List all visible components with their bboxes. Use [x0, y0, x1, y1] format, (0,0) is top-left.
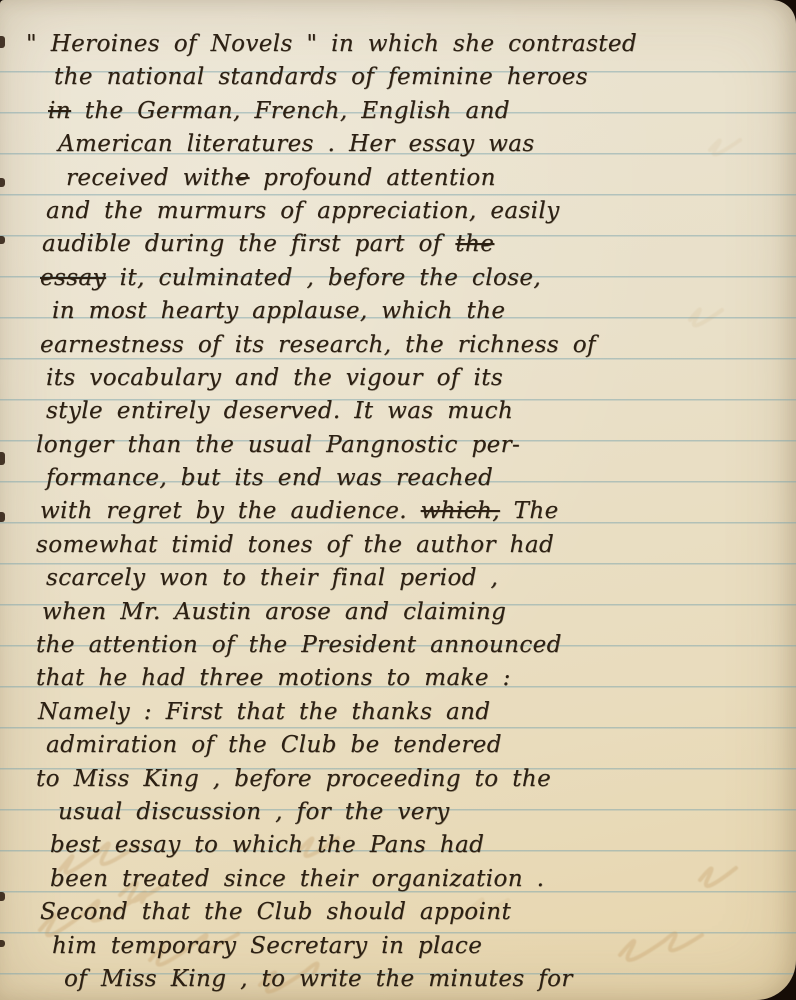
- handwritten-text: formance, but its end was reached: [46, 465, 493, 491]
- manuscript-line: received withe profound attention: [0, 162, 790, 195]
- handwritten-text: American literatures . Her essay was: [58, 131, 535, 157]
- manuscript-line: usual discussion , for the very: [0, 796, 790, 829]
- manuscript-line: earnestness of its research, the richnes…: [0, 329, 790, 362]
- struck-through-text: e: [235, 165, 249, 191]
- manuscript-line: him temporary Secretary in place: [0, 930, 790, 963]
- manuscript-line: best essay to which the Pans had: [0, 829, 790, 862]
- handwritten-text: earnestness of its research, the richnes…: [40, 332, 596, 358]
- handwritten-text: The: [500, 498, 559, 524]
- handwritten-text: profound attention: [249, 165, 495, 191]
- handwritten-text: the attention of the President announced: [36, 632, 562, 658]
- manuscript-line: that he had three motions to make :: [0, 662, 790, 695]
- manuscript-line: style entirely deserved. It was much: [0, 395, 790, 428]
- handwritten-text: best essay to which the Pans had: [50, 832, 484, 858]
- manuscript-line: when Mr. Austin arose and claiming: [0, 596, 790, 629]
- handwritten-text: somewhat timid tones of the author had: [36, 532, 554, 558]
- manuscript-lines: " Heroines of Novels " in which she cont…: [0, 28, 790, 996]
- handwritten-text: longer than the usual Pangnostic per-: [36, 432, 520, 458]
- handwritten-text: been treated since their organization .: [50, 866, 544, 892]
- manuscript-line: with regret by the audience. which, The: [0, 495, 790, 528]
- handwritten-text: of Miss King , to write the minutes for: [64, 966, 573, 992]
- manuscript-line: formance, but its end was reached: [0, 462, 790, 495]
- manuscript-line: and the murmurs of appreciation, easily: [0, 195, 790, 228]
- manuscript-line: in most hearty applause, which the: [0, 295, 790, 328]
- manuscript-line: the national standards of feminine heroe…: [0, 61, 790, 94]
- struck-through-text: the: [455, 231, 494, 257]
- handwritten-text: Second that the Club should appoint: [40, 899, 511, 925]
- struck-through-text: essay: [40, 265, 106, 291]
- handwritten-text: style entirely deserved. It was much: [46, 398, 513, 424]
- handwritten-text: " Heroines of Novels " in which she cont…: [26, 31, 637, 57]
- manuscript-line: been treated since their organization .: [0, 863, 790, 896]
- handwritten-text: him temporary Secretary in place: [52, 933, 482, 959]
- handwritten-text: its vocabulary and the vigour of its: [46, 365, 503, 391]
- manuscript-line: somewhat timid tones of the author had: [0, 529, 790, 562]
- struck-through-text: in: [48, 98, 71, 124]
- manuscript-line: scarcely won to their final period ,: [0, 562, 790, 595]
- handwritten-text: usual discussion , for the very: [58, 799, 450, 825]
- manuscript-line: admiration of the Club be tendered: [0, 729, 790, 762]
- handwritten-text: with regret by the audience.: [40, 498, 421, 524]
- manuscript-line: in the German, French, English and: [0, 95, 790, 128]
- manuscript-line: Second that the Club should appoint: [0, 896, 790, 929]
- manuscript-line: Namely : First that the thanks and: [0, 696, 790, 729]
- manuscript-line: longer than the usual Pangnostic per-: [0, 429, 790, 462]
- handwritten-text: scarcely won to their final period ,: [46, 565, 498, 591]
- manuscript-line: its vocabulary and the vigour of its: [0, 362, 790, 395]
- handwritten-text: that he had three motions to make :: [36, 665, 511, 691]
- manuscript-line: the attention of the President announced: [0, 629, 790, 662]
- notebook-page: " Heroines of Novels " in which she cont…: [0, 0, 796, 1000]
- handwritten-text: audible during the first part of: [42, 231, 455, 257]
- manuscript-line: essay it, culminated , before the close,: [0, 262, 790, 295]
- manuscript-line: American literatures . Her essay was: [0, 128, 790, 161]
- manuscript-line: of Miss King , to write the minutes for: [0, 963, 790, 996]
- struck-through-text: which,: [421, 498, 500, 524]
- handwritten-text: to Miss King , before proceeding to the: [36, 766, 551, 792]
- handwritten-text: in most hearty applause, which the: [52, 298, 505, 324]
- handwritten-text: Namely : First that the thanks and: [38, 699, 490, 725]
- handwritten-text: admiration of the Club be tendered: [46, 732, 502, 758]
- manuscript-line: audible during the first part of the: [0, 228, 790, 261]
- handwritten-text: and the murmurs of appreciation, easily: [46, 198, 560, 224]
- handwritten-text: the national standards of feminine heroe…: [54, 64, 588, 90]
- manuscript-line: " Heroines of Novels " in which she cont…: [0, 28, 790, 61]
- handwritten-text: received with: [66, 165, 235, 191]
- manuscript-line: to Miss King , before proceeding to the: [0, 763, 790, 796]
- handwritten-text: the German, French, English and: [71, 98, 510, 124]
- handwritten-text: when Mr. Austin arose and claiming: [42, 599, 506, 625]
- handwritten-text: it, culminated , before the close,: [106, 265, 541, 291]
